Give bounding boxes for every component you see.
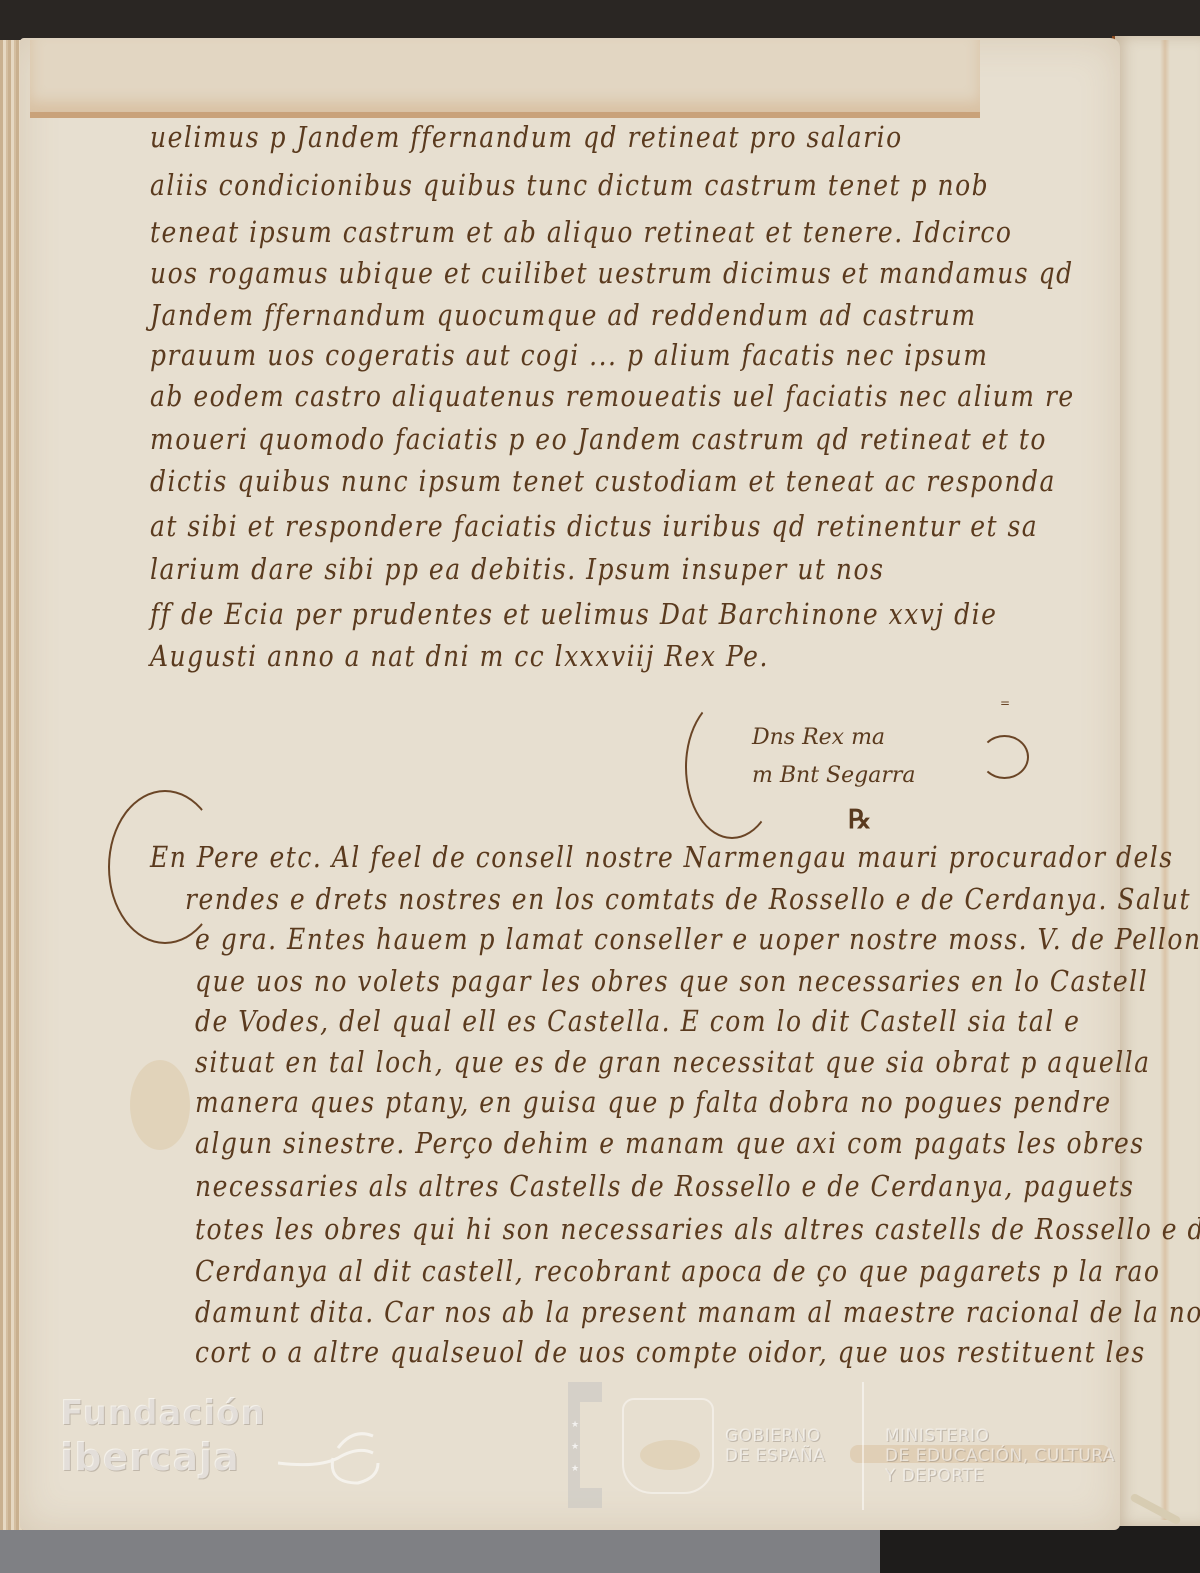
ibercaja-swoosh-icon: [278, 1428, 388, 1488]
flag-cutout: [580, 1402, 602, 1488]
manuscript-line: cort o a altre qualseuol de uos compte o…: [195, 1330, 1146, 1376]
manuscript-line: prauum uos cogeratis aut cogi ... p aliu…: [150, 333, 988, 379]
manuscript-line: manera ques ptany, en guisa que p falta …: [195, 1080, 1112, 1126]
watermark-gobierno: GOBIERNO: [725, 1426, 821, 1446]
marginal-note-mark: =: [1000, 696, 1010, 710]
watermark-de-espana: DE ESPAÑA: [725, 1446, 825, 1466]
watermark-fundacion: Fundación: [60, 1393, 266, 1433]
signature-line-2: m Bnt Segarra: [752, 763, 915, 788]
manuscript-line: de Vodes, del qual ell es Castella. E co…: [195, 999, 1080, 1045]
star-icon: ★: [571, 1420, 579, 1430]
manuscript-line: algun sinestre. Perço dehim e manam que …: [195, 1121, 1145, 1167]
signature-line-1: Dns Rex ma: [752, 725, 885, 750]
background-grey-board: [0, 1528, 880, 1573]
star-icon: ★: [571, 1464, 579, 1474]
signature-block: Dns Rex ma m Bnt Segarra ℞: [680, 685, 1040, 840]
manuscript-line: Augusti anno a nat dni m cc lxxxviij Rex…: [150, 634, 769, 680]
signature-flourish-right: [980, 735, 1029, 779]
manuscript-line: ab eodem castro aliquatenus remoueatis u…: [150, 374, 1075, 420]
manuscript-line: ff de Ecia per prudentes et uelimus Dat …: [150, 592, 997, 638]
watermark-ibercaja: ibercaja: [60, 1435, 240, 1479]
paper-guard-strip: [30, 40, 980, 118]
watermark-ministerio-line3: Y DEPORTE: [885, 1466, 984, 1486]
manuscript-line: dictis quibus nunc ipsum tenet custodiam…: [150, 459, 1056, 505]
manuscript-line: necessaries als altres Castells de Rosse…: [195, 1164, 1134, 1210]
watermark-ministerio-line2: DE EDUCACIÓN, CULTURA: [885, 1446, 1115, 1466]
manuscript-line: moueri quomodo faciatis p eo Jandem cast…: [150, 417, 1047, 463]
spain-coat-of-arms-icon: [622, 1398, 714, 1494]
manuscript-line: larium dare sibi pp ea debitis. Ipsum in…: [150, 547, 884, 593]
manuscript-line-with-strikethrough: totes les obres qui hi son necessaries a…: [195, 1207, 1200, 1253]
watermark-divider: [862, 1382, 864, 1510]
manuscript-line: En Pere etc. Al feel de consell nostre N…: [150, 835, 1174, 881]
manuscript-line: Cerdanya al dit castell, recobrant apoca…: [195, 1249, 1160, 1295]
manuscript-line: aliis condicionibus quibus tunc dictum c…: [150, 163, 989, 209]
manuscript-line: e gra. Entes hauem p lamat conseller e u…: [195, 917, 1200, 963]
paraph-mark: ℞: [848, 805, 871, 835]
manuscript-line: teneat ipsum castrum et ab aliquo retine…: [150, 210, 1012, 256]
foxing-stain: [130, 1060, 190, 1150]
manuscript-line: at sibi et respondere faciatis dictus iu…: [150, 504, 1038, 550]
star-icon: ★: [571, 1442, 579, 1452]
manuscript-line: uos rogamus ubique et cuilibet uestrum d…: [150, 251, 1074, 297]
watermark-ministerio: MINISTERIO: [885, 1426, 990, 1446]
manuscript-line: uelimus p Jandem ffernandum qd retineat …: [150, 115, 903, 161]
